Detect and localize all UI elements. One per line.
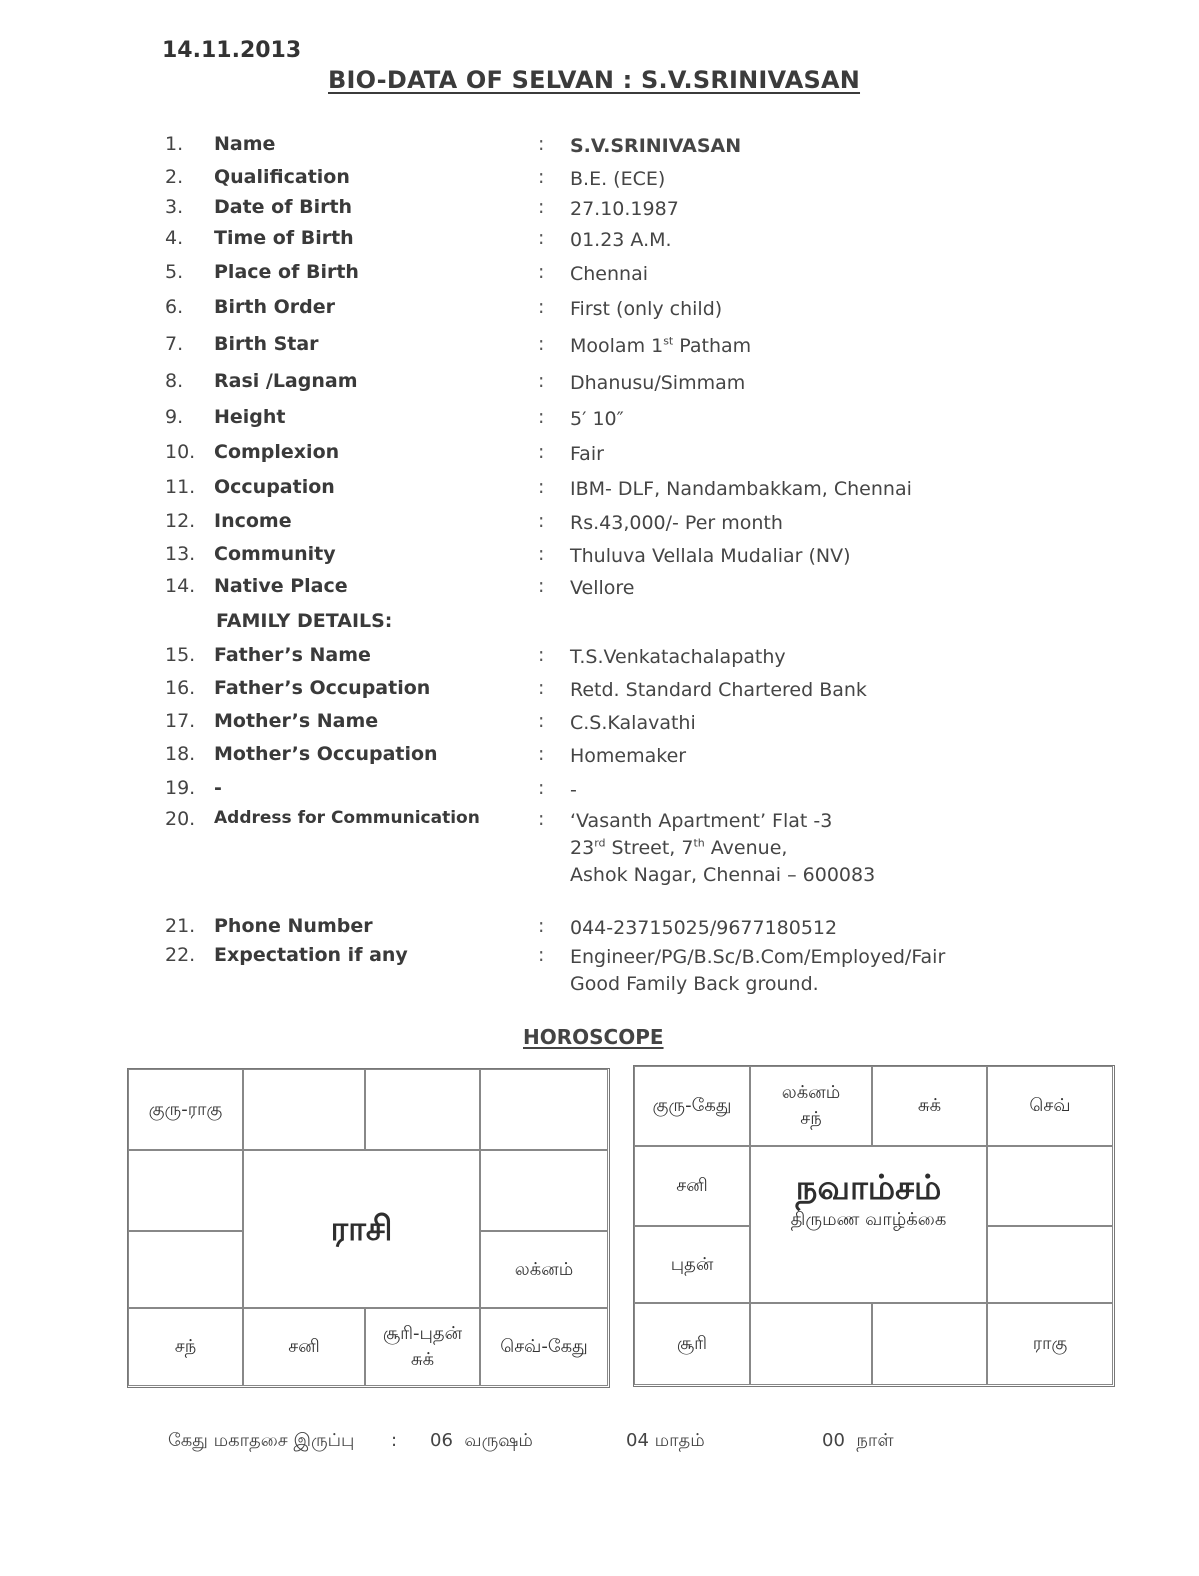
expectation-line-1: Engineer/PG/B.Sc/B.Com/Employed/Fair bbox=[570, 944, 945, 971]
row-colon: : bbox=[538, 406, 544, 428]
row-colon: : bbox=[538, 510, 544, 532]
row-colon: : bbox=[538, 808, 544, 830]
row-value: - bbox=[570, 777, 577, 804]
chart-house bbox=[365, 1069, 480, 1150]
row-number: 18. bbox=[165, 743, 205, 765]
row-label: Time of Birth bbox=[214, 227, 354, 249]
rasi-chart: குரு-ராகுலக்னம்சந்சனிசூரி-புதன்சுக்செவ்-… bbox=[127, 1068, 610, 1388]
row-label: Native Place bbox=[214, 575, 348, 597]
row-value: Retd. Standard Chartered Bank bbox=[570, 677, 867, 704]
chart-house: புதன் bbox=[634, 1226, 750, 1303]
row-number: 3. bbox=[165, 196, 205, 218]
row-value: First (only child) bbox=[570, 296, 722, 323]
dasa-months: 04 மாதம் bbox=[626, 1430, 705, 1453]
navamsam-chart: குரு-கேதுலக்னம்சந்சுக்செவ்சனிபுதன்சூரிரா… bbox=[633, 1065, 1115, 1387]
row-colon: : bbox=[538, 575, 544, 597]
row-colon: : bbox=[538, 915, 544, 937]
row-number: 1. bbox=[165, 133, 205, 155]
expectation-line-2: Good Family Back ground. bbox=[570, 971, 945, 998]
address-value: ‘Vasanth Apartment’ Flat -3 23rd Street,… bbox=[570, 808, 875, 889]
chart-house bbox=[480, 1069, 608, 1150]
chart-house: சுக் bbox=[872, 1066, 987, 1146]
row-value: T.S.Venkatachalapathy bbox=[570, 644, 786, 671]
row-value: Dhanusu/Simmam bbox=[570, 370, 745, 397]
row-colon: : bbox=[538, 166, 544, 188]
chart-center-title: நவாம்சம் bbox=[796, 1175, 942, 1201]
row-number: 15. bbox=[165, 644, 205, 666]
document-title: BIO-DATA OF SELVAN : S.V.SRINIVASAN bbox=[328, 66, 860, 94]
chart-house bbox=[750, 1303, 872, 1385]
chart-center-subtitle: திருமண வாழ்க்கை bbox=[791, 1207, 947, 1233]
row-value: Thuluva Vellala Mudaliar (NV) bbox=[570, 543, 851, 570]
row-label: Name bbox=[214, 133, 275, 155]
row-number: 6. bbox=[165, 296, 205, 318]
chart-house bbox=[480, 1150, 608, 1231]
dasa-label: கேது மகாதசை இருப்பு bbox=[168, 1430, 354, 1453]
chart-house: சூரி bbox=[634, 1303, 750, 1385]
row-number: 9. bbox=[165, 406, 205, 428]
row-label: Community bbox=[214, 543, 336, 565]
row-value: Chennai bbox=[570, 261, 648, 288]
row-value: S.V.SRINIVASAN bbox=[570, 133, 741, 160]
chart-center-title: ராசி bbox=[331, 1216, 393, 1242]
expectation-value: Engineer/PG/B.Sc/B.Com/Employed/Fair Goo… bbox=[570, 944, 945, 998]
chart-house: குரு-ராகு bbox=[128, 1069, 243, 1150]
row-value: Vellore bbox=[570, 575, 634, 602]
chart-house bbox=[128, 1150, 243, 1231]
chart-house: லக்னம் bbox=[480, 1231, 608, 1308]
row-colon: : bbox=[538, 944, 544, 966]
row-label: Address for Communication bbox=[214, 808, 480, 828]
chart-house bbox=[243, 1069, 365, 1150]
row-value: Fair bbox=[570, 441, 604, 468]
row-value: 5′ 10″ bbox=[570, 406, 624, 433]
row-number: 13. bbox=[165, 543, 205, 565]
row-value: Homemaker bbox=[570, 743, 686, 770]
row-label: Qualification bbox=[214, 166, 350, 188]
dasa-days: 00 நாள் bbox=[822, 1430, 894, 1453]
row-number: 16. bbox=[165, 677, 205, 699]
row-value: B.E. (ECE) bbox=[570, 166, 665, 193]
row-number: 12. bbox=[165, 510, 205, 532]
row-number: 8. bbox=[165, 370, 205, 392]
row-label: Complexion bbox=[214, 441, 339, 463]
row-label: Date of Birth bbox=[214, 196, 352, 218]
row-colon: : bbox=[538, 710, 544, 732]
row-colon: : bbox=[538, 133, 544, 155]
row-number: 20. bbox=[165, 808, 205, 830]
family-details-heading: FAMILY DETAILS: bbox=[216, 610, 392, 632]
row-label: Father’s Name bbox=[214, 644, 371, 666]
row-label: Mother’s Name bbox=[214, 710, 378, 732]
row-colon: : bbox=[538, 543, 544, 565]
chart-center: நவாம்சம்திருமண வாழ்க்கை bbox=[750, 1146, 987, 1303]
dasa-years: 06 வருஷம் bbox=[430, 1430, 533, 1453]
row-number: 17. bbox=[165, 710, 205, 732]
row-label: Income bbox=[214, 510, 292, 532]
row-number: 5. bbox=[165, 261, 205, 283]
row-label: Rasi /Lagnam bbox=[214, 370, 358, 392]
chart-house: சூரி-புதன்சுக் bbox=[365, 1308, 480, 1386]
row-number: 7. bbox=[165, 333, 205, 355]
row-number: 10. bbox=[165, 441, 205, 463]
row-label: Mother’s Occupation bbox=[214, 743, 438, 765]
chart-house: சனி bbox=[634, 1146, 750, 1226]
dasa-colon: : bbox=[391, 1430, 397, 1451]
row-colon: : bbox=[538, 777, 544, 799]
row-colon: : bbox=[538, 370, 544, 392]
row-colon: : bbox=[538, 743, 544, 765]
chart-house bbox=[987, 1226, 1113, 1303]
chart-house: செவ் bbox=[987, 1066, 1113, 1146]
row-colon: : bbox=[538, 644, 544, 666]
row-value: 01.23 A.M. bbox=[570, 227, 672, 254]
row-colon: : bbox=[538, 196, 544, 218]
chart-house bbox=[987, 1146, 1113, 1226]
row-label: Father’s Occupation bbox=[214, 677, 430, 699]
row-label: - bbox=[214, 777, 222, 799]
row-label: Place of Birth bbox=[214, 261, 359, 283]
row-colon: : bbox=[538, 296, 544, 318]
chart-house bbox=[128, 1231, 243, 1308]
row-label: Occupation bbox=[214, 476, 335, 498]
phone-value: 044-23715025/9677180512 bbox=[570, 915, 837, 942]
row-number: 19. bbox=[165, 777, 205, 799]
row-value: 27.10.1987 bbox=[570, 196, 679, 223]
address-line-1: ‘Vasanth Apartment’ Flat -3 bbox=[570, 808, 875, 835]
row-value: Moolam 1st Patham bbox=[570, 333, 751, 360]
row-value: Rs.43,000/- Per month bbox=[570, 510, 783, 537]
chart-house: ராகு bbox=[987, 1303, 1113, 1385]
row-colon: : bbox=[538, 261, 544, 283]
row-colon: : bbox=[538, 677, 544, 699]
address-line-2: 23rd Street, 7th Avenue, bbox=[570, 835, 875, 862]
row-number: 14. bbox=[165, 575, 205, 597]
row-label: Height bbox=[214, 406, 286, 428]
horoscope-title: HOROSCOPE bbox=[523, 1025, 664, 1049]
row-colon: : bbox=[538, 227, 544, 249]
chart-house bbox=[872, 1303, 987, 1385]
chart-house: செவ்-கேது bbox=[480, 1308, 608, 1386]
chart-house: குரு-கேது bbox=[634, 1066, 750, 1146]
row-label: Birth Star bbox=[214, 333, 319, 355]
row-value: IBM- DLF, Nandambakkam, Chennai bbox=[570, 476, 912, 503]
address-line-3: Ashok Nagar, Chennai – 600083 bbox=[570, 862, 875, 889]
chart-house: சனி bbox=[243, 1308, 365, 1386]
row-colon: : bbox=[538, 333, 544, 355]
chart-center: ராசி bbox=[243, 1150, 480, 1308]
row-label: Birth Order bbox=[214, 296, 335, 318]
row-number: 4. bbox=[165, 227, 205, 249]
row-colon: : bbox=[538, 476, 544, 498]
row-label: Expectation if any bbox=[214, 944, 408, 966]
document-date: 14.11.2013 bbox=[162, 38, 301, 63]
row-number: 21. bbox=[165, 915, 205, 937]
row-number: 11. bbox=[165, 476, 205, 498]
row-number: 22. bbox=[165, 944, 205, 966]
row-value: C.S.Kalavathi bbox=[570, 710, 696, 737]
row-colon: : bbox=[538, 441, 544, 463]
chart-house: லக்னம்சந் bbox=[750, 1066, 872, 1146]
row-label: Phone Number bbox=[214, 915, 373, 937]
row-number: 2. bbox=[165, 166, 205, 188]
chart-house: சந் bbox=[128, 1308, 243, 1386]
